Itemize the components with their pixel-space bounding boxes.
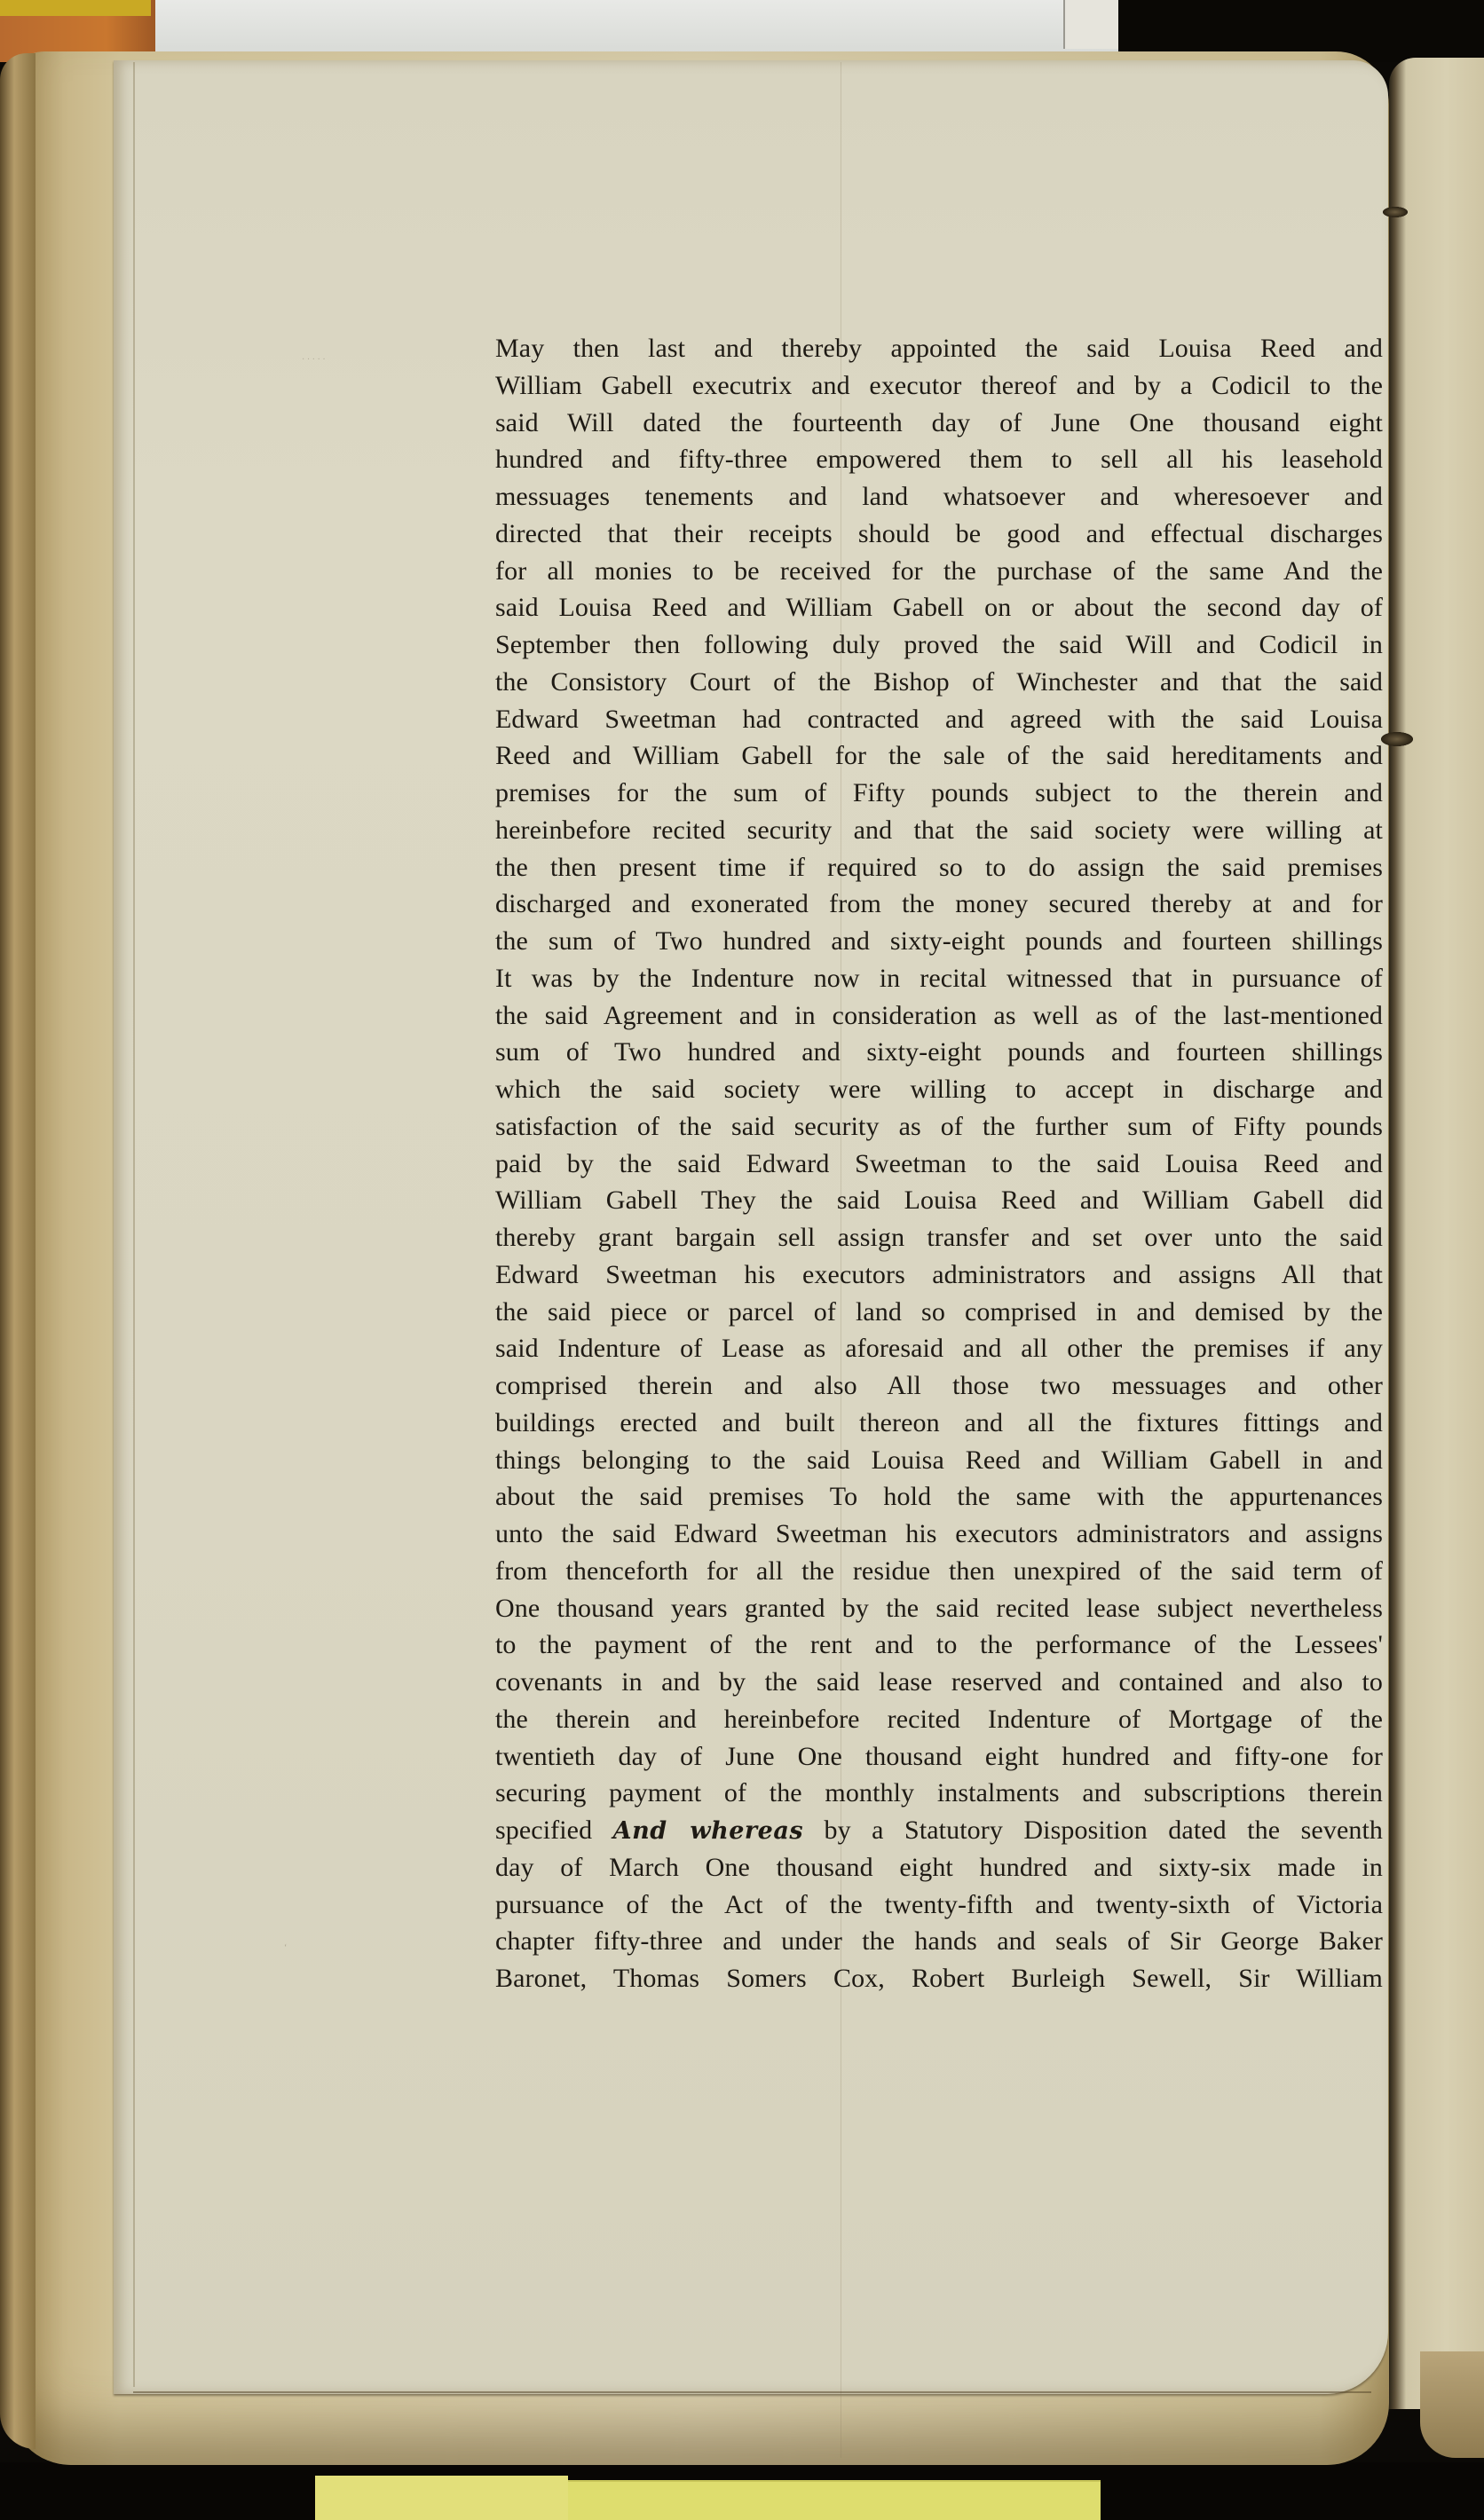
text-line: the then present time if required so to …: [495, 849, 1383, 886]
text-line: covenants in and by the said lease reser…: [495, 1664, 1383, 1701]
text-line: thereby grant bargain sell assign transf…: [495, 1219, 1383, 1256]
text-line: discharged and exonerated from the money…: [495, 886, 1383, 923]
text-line: chapter fifty-three and under the hands …: [495, 1923, 1383, 1960]
text-line: William Gabell They the said Louisa Reed…: [495, 1182, 1383, 1219]
text-line: said Indenture of Lease as aforesaid and…: [495, 1330, 1383, 1367]
sticky-note-right: [568, 2480, 1101, 2520]
text-line: Baronet, Thomas Somers Cox, Robert Burle…: [495, 1960, 1383, 1997]
book-spine-edge: [0, 53, 36, 2449]
blackletter-heading: And whereas: [613, 1817, 803, 1845]
text-line: twentieth day of June One thousand eight…: [495, 1738, 1383, 1776]
text-line: to the payment of the rent and to the pe…: [495, 1626, 1383, 1664]
text-line: said Louisa Reed and William Gabell on o…: [495, 589, 1383, 626]
text-line: the therein and hereinbefore recited Ind…: [495, 1701, 1383, 1738]
text-line: the Consistory Court of the Bishop of Wi…: [495, 664, 1383, 701]
sticky-note-left: [315, 2476, 568, 2520]
text-line: One thousand years granted by the said r…: [495, 1590, 1383, 1627]
text-line: It was by the Indenture now in recital w…: [495, 960, 1383, 997]
text-line: messuages tenements and land whatsoever …: [495, 478, 1383, 516]
facing-page-bottom: [1420, 2351, 1484, 2458]
text-line: day of March One thousand eight hundred …: [495, 1849, 1383, 1886]
text-line: sum of Two hundred and sixty-eight pound…: [495, 1034, 1383, 1071]
text-line: things belonging to the said Louisa Reed…: [495, 1442, 1383, 1479]
text-line: securing payment of the monthly instalme…: [495, 1775, 1383, 1812]
text-line: Edward Sweetman had contracted and agree…: [495, 701, 1383, 738]
text-fragment: by a Statutory Disposition dated the sev…: [825, 1815, 1384, 1845]
text-line: unto the said Edward Sweetman his execut…: [495, 1516, 1383, 1553]
page-bottom-edge: [133, 2391, 1371, 2393]
text-line: said Will dated the fourteenth day of Ju…: [495, 405, 1383, 442]
text-line: the sum of Two hundred and sixty-eight p…: [495, 923, 1383, 960]
text-line: hereinbefore recited security and that t…: [495, 812, 1383, 849]
text-line: directed that their receipts should be g…: [495, 516, 1383, 553]
text-line: satisfaction of the said security as of …: [495, 1108, 1383, 1146]
text-line: buildings erected and built thereon and …: [495, 1405, 1383, 1442]
faint-offset-marks: · · · · ·: [302, 355, 326, 365]
text-line: pursuance of the Act of the twenty-fifth…: [495, 1886, 1383, 1924]
text-line: William Gabell executrix and executor th…: [495, 367, 1383, 405]
page-margin-fold: [133, 62, 135, 2387]
deed-text-body: May then last and thereby appointed the …: [495, 330, 1383, 1997]
text-line: September then following duly proved the…: [495, 626, 1383, 664]
text-line: the said Agreement and in consideration …: [495, 997, 1383, 1035]
text-fragment: specified: [495, 1815, 592, 1845]
margin-speck: ʻ: [284, 1943, 287, 1953]
text-line: comprised therein and also All those two…: [495, 1367, 1383, 1405]
text-line: Edward Sweetman his executors administra…: [495, 1256, 1383, 1294]
text-line: premises for the sum of Fifty pounds sub…: [495, 775, 1383, 812]
text-line: Reed and William Gabell for the sale of …: [495, 737, 1383, 775]
text-line: from thenceforth for all the residue the…: [495, 1553, 1383, 1590]
text-line: paid by the said Edward Sweetman to the …: [495, 1146, 1383, 1183]
text-line: May then last and thereby appointed the …: [495, 330, 1383, 367]
text-line: about the said premises To hold the same…: [495, 1478, 1383, 1516]
binding-thread-knot: [1381, 732, 1413, 746]
text-line: for all monies to be received for the pu…: [495, 553, 1383, 590]
yellow-folder-corner: [0, 0, 151, 16]
white-paper-sheet-behind: [155, 0, 1118, 51]
binding-thread-knot: [1383, 207, 1408, 217]
text-line: which the said society were willing to a…: [495, 1071, 1383, 1108]
text-line: hundred and fifty-three empowered them t…: [495, 441, 1383, 478]
facing-page-edge: [1389, 58, 1484, 2409]
text-line: the said piece or parcel of land so comp…: [495, 1294, 1383, 1331]
text-line-with-blackletter: specified And whereas by a Statutory Dis…: [495, 1812, 1383, 1849]
paper-tab: [1063, 0, 1120, 49]
